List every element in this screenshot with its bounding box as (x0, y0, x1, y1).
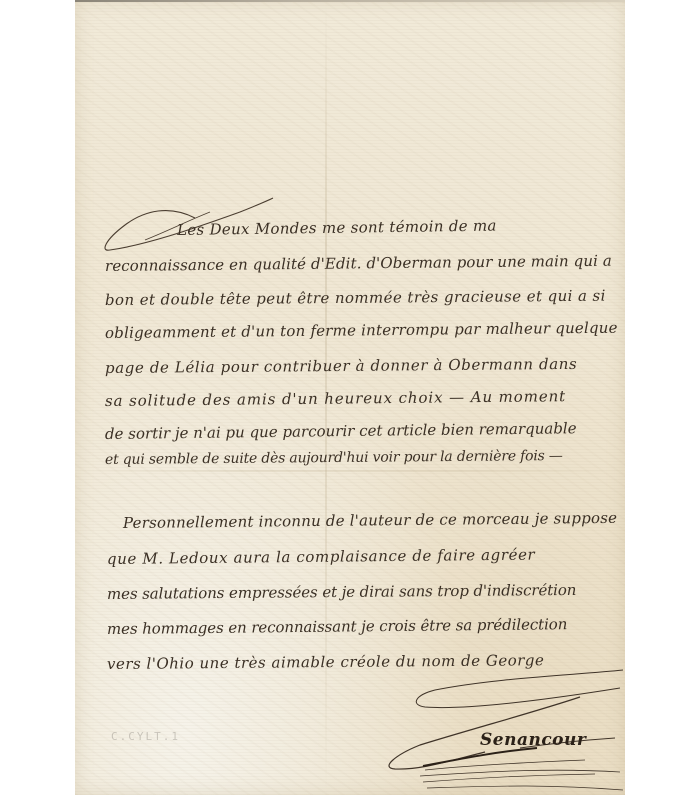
letter-line: de sortir je n'ai pu que parcourir cet a… (105, 419, 577, 443)
letter-line: Les Deux Mondes me sont témoin de ma (177, 217, 497, 239)
letter-line: reconnaissance en qualité d'Edit. d'Ober… (105, 252, 612, 275)
letter-line: bon et double tête peut être nommée très… (105, 287, 606, 309)
letter-line: et qui semble de suite dès aujourd'hui v… (105, 448, 563, 468)
signature-flourish-icon (416, 670, 623, 708)
letter-line: obligeamment et d'un ton ferme interromp… (105, 319, 618, 342)
letter-line: vers l'Ohio une très aimable créole du n… (107, 651, 544, 673)
letter-line: Personnellement inconnu de l'auteur de c… (123, 509, 617, 532)
letter-paper: Les Deux Mondes me sont témoin de ma rec… (75, 0, 625, 795)
letter-line: mes hommages en reconnaissant je crois ê… (107, 615, 567, 638)
horizontal-fold-crease (75, 470, 625, 472)
page-background: Les Deux Mondes me sont témoin de ma rec… (0, 0, 700, 800)
faded-archive-stamp: C.CYLT.1 (111, 730, 180, 743)
letter-line: page de Lélia pour contribuer à donner à… (105, 355, 577, 377)
letter-line: sa solitude des amis d'un heureux choix … (105, 387, 566, 410)
letter-line: que M. Ledoux aura la complaisance de fa… (107, 546, 535, 568)
signature: Senancour (480, 730, 586, 750)
letter-line: mes salutations empressées et je dirai s… (107, 581, 576, 603)
